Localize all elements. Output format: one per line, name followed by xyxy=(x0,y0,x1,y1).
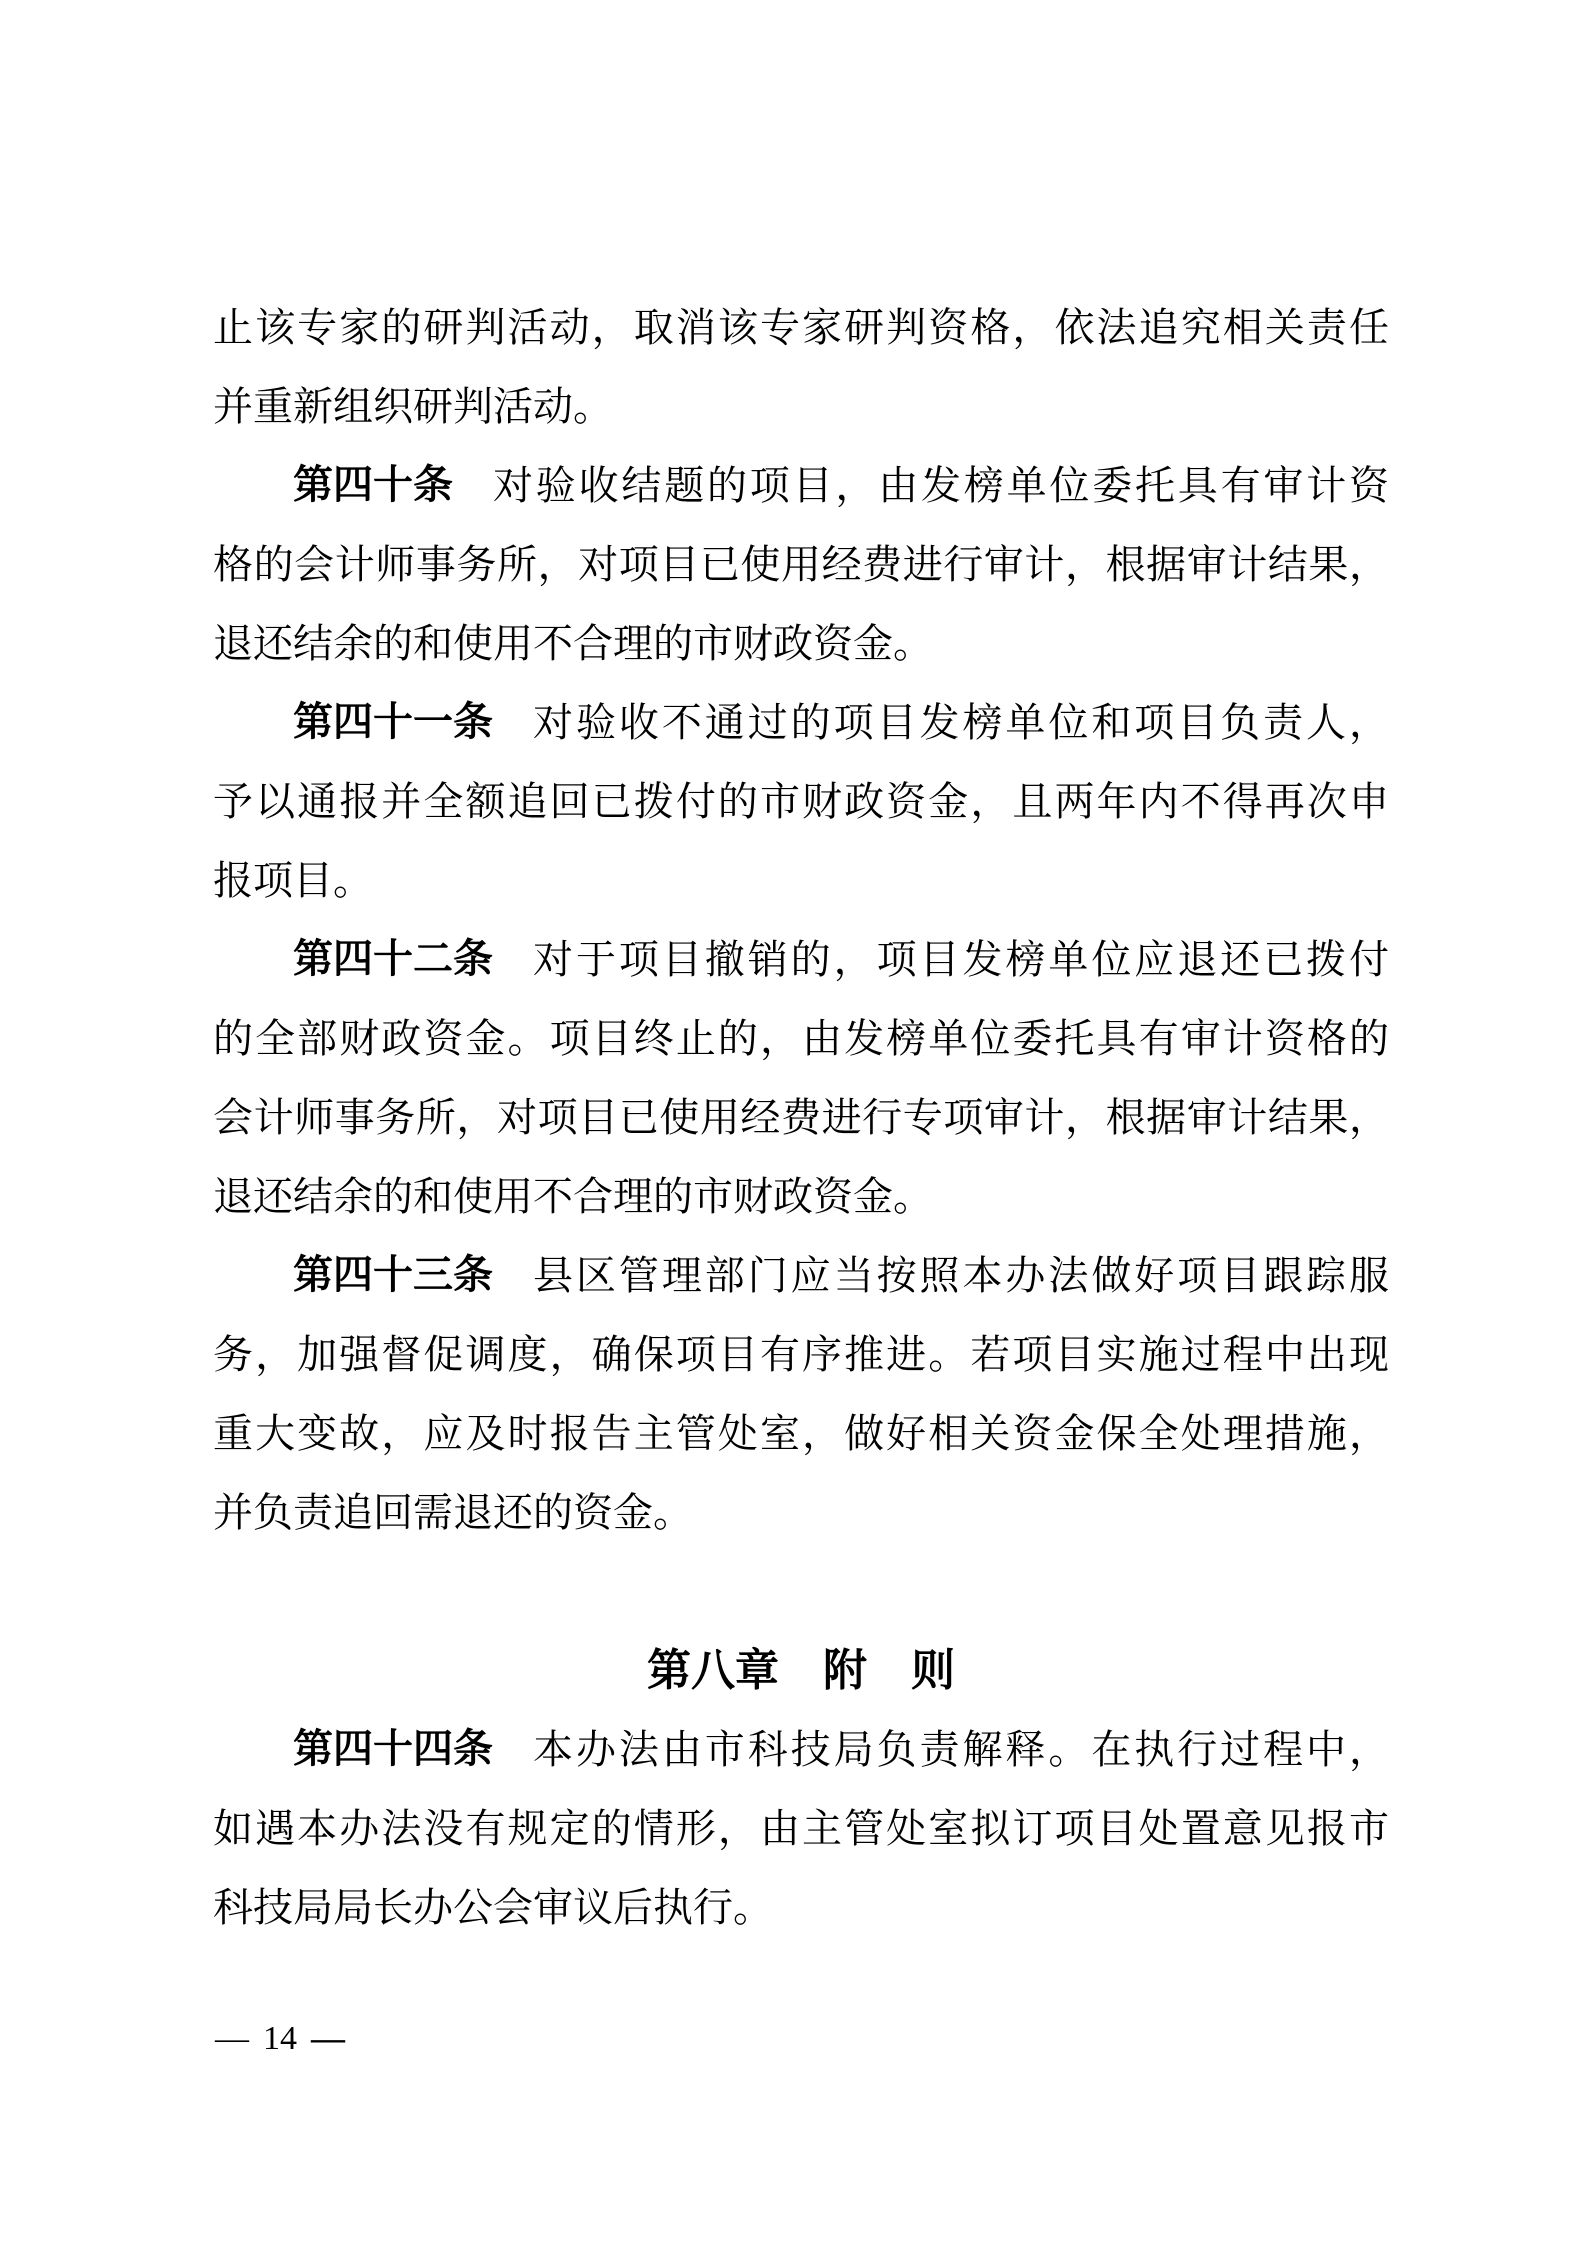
paragraph-line: 并重新组织研判活动。 xyxy=(213,367,1389,446)
article-40-lead: 第四十条 xyxy=(293,446,453,525)
article-43-first-line: 第四十三条 县区管理部门应当按照本办法做好项目跟踪服 xyxy=(213,1236,1389,1315)
blank-line xyxy=(213,1552,1389,1631)
paragraph-line: 报项目。 xyxy=(213,841,1389,920)
paragraph-line: 予以通报并全额追回已拨付的市财政资金，且两年内不得再次申 xyxy=(213,762,1389,841)
paragraph-line: 对于项目撤销的，项目发榜单位应退还已拨付 xyxy=(533,920,1389,999)
page-number-left-dash: — xyxy=(215,2020,249,2057)
page-number-value: 14 xyxy=(263,2020,297,2057)
article-44-lead: 第四十四条 xyxy=(293,1710,493,1789)
article-41-lead: 第四十一条 xyxy=(293,683,493,762)
paragraph-line: 如遇本办法没有规定的情形，由主管处室拟订项目处置意见报市 xyxy=(213,1789,1389,1868)
paragraph-line: 对验收不通过的项目发榜单位和项目负责人， xyxy=(533,683,1389,762)
article-42-first-line: 第四十二条 对于项目撤销的，项目发榜单位应退还已拨付 xyxy=(213,920,1389,999)
paragraph-line: 对验收结题的项目，由发榜单位委托具有审计资 xyxy=(493,446,1389,525)
article-40-first-line: 第四十条 对验收结题的项目，由发榜单位委托具有审计资 xyxy=(213,446,1389,525)
article-41-first-line: 第四十一条 对验收不通过的项目发榜单位和项目负责人， xyxy=(213,683,1389,762)
paragraph-line: 格的会计师事务所，对项目已使用经费进行审计，根据审计结果， xyxy=(213,525,1389,604)
page-number-right-dash: — xyxy=(311,2020,345,2057)
paragraph-line: 务，加强督促调度，确保项目有序推进。若项目实施过程中出现 xyxy=(213,1315,1389,1394)
article-42-lead: 第四十二条 xyxy=(293,920,493,999)
article-44-first-line: 第四十四条 本办法由市科技局负责解释。在执行过程中， xyxy=(213,1710,1389,1789)
page-number: —14— xyxy=(215,2016,345,2062)
paragraph-line: 并负责追回需退还的资金。 xyxy=(213,1473,1389,1552)
paragraph-line: 退还结余的和使用不合理的市财政资金。 xyxy=(213,604,1389,683)
chapter-heading: 第八章 附 则 xyxy=(213,1631,1389,1710)
paragraph-line: 重大变故，应及时报告主管处室，做好相关资金保全处理措施， xyxy=(213,1394,1389,1473)
document-body: 止该专家的研判活动，取消该专家研判资格，依法追究相关责任 并重新组织研判活动。 … xyxy=(213,288,1389,1947)
paragraph-line: 县区管理部门应当按照本办法做好项目跟踪服 xyxy=(533,1236,1389,1315)
paragraph-line: 科技局局长办公会审议后执行。 xyxy=(213,1868,1389,1947)
paragraph-line: 退还结余的和使用不合理的市财政资金。 xyxy=(213,1157,1389,1236)
paragraph-line: 止该专家的研判活动，取消该专家研判资格，依法追究相关责任 xyxy=(213,288,1389,367)
paragraph-line: 本办法由市科技局负责解释。在执行过程中， xyxy=(533,1710,1389,1789)
paragraph-line: 会计师事务所，对项目已使用经费进行专项审计，根据审计结果， xyxy=(213,1078,1389,1157)
article-43-lead: 第四十三条 xyxy=(293,1236,493,1315)
paragraph-line: 的全部财政资金。项目终止的，由发榜单位委托具有审计资格的 xyxy=(213,999,1389,1078)
document-page: 止该专家的研判活动，取消该专家研判资格，依法追究相关责任 并重新组织研判活动。 … xyxy=(0,0,1588,2245)
